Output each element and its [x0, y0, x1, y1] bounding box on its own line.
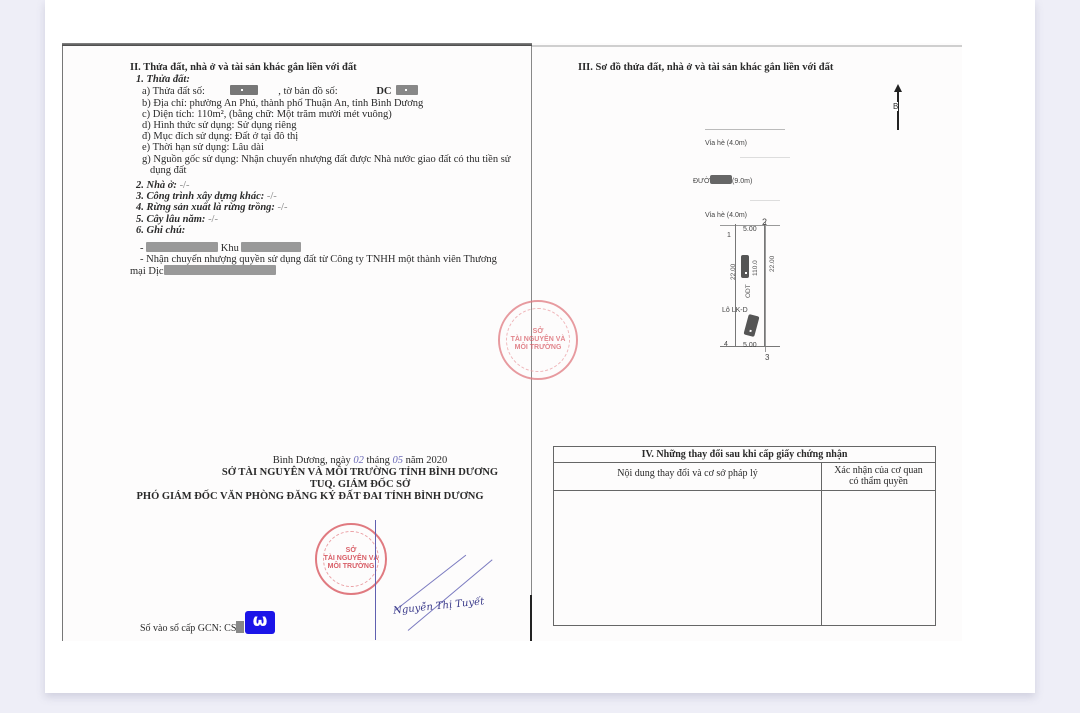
parcel-area: 110.0 — [752, 260, 759, 276]
redacted-note-1 — [146, 242, 218, 252]
usage-origin-row: g) Nguồn gốc sử dụng: Nhận chuyển nhượng… — [130, 154, 510, 165]
usage-purpose-row: đ) Mục đích sử dụng: Đất ở tại đô thị — [130, 131, 510, 142]
parcel-dimension-line — [765, 222, 766, 352]
red-seal-stamp-center: SỞ TÀI NGUYÊN VÀ MÔI TRƯỜNG — [498, 300, 578, 380]
subsection-notes: 6. Ghi chú: — [130, 225, 510, 236]
area-row: c) Diện tích: 110m², (bằng chữ: Một trăm… — [130, 109, 510, 120]
gcn-register-number: Số vào sổ cấp GCN: CS — [140, 621, 244, 634]
section-title: II. Thửa đất, nhà ở và tài sản khác gắn … — [130, 62, 510, 73]
sidewalk-label-plot: Vỉa hè (4.0m) — [705, 212, 747, 219]
issue-date: Bình Dương, ngày 02 tháng 05 năm 2020 — [150, 455, 570, 467]
land-parcel-section: II. Thửa đất, nhà ở và tài sản khác gắn … — [130, 62, 510, 278]
on-behalf: TUQ. GIÁM ĐỐC SỞ — [150, 479, 570, 491]
note-line-2: - Nhận chuyển nhượng quyền sử dụng đất t… — [140, 254, 510, 265]
usage-term-row: e) Thời hạn sử dụng: Lâu dài — [130, 142, 510, 153]
page-top-edge — [62, 43, 532, 46]
changes-table: IV. Những thay đổi sau khi cấp giấy chứn… — [553, 446, 936, 626]
signature-block: Bình Dương, ngày 02 tháng 05 năm 2020 SỞ… — [150, 455, 570, 503]
redacted-plot-id — [741, 255, 749, 278]
changes-table-header: Nội dung thay đổi và cơ sở pháp lý Xác n… — [554, 463, 935, 491]
length-right: 22.00 — [769, 256, 776, 272]
road-label: ĐƯỜ(9.0m) — [693, 175, 752, 185]
land-code: ODT — [745, 284, 752, 298]
subsection-other-works: 3. Công trình xây dựng khác: -/- — [130, 191, 510, 202]
subsection-parcel: 1. Thửa đất: — [130, 74, 510, 85]
width-top: 5.00 — [743, 226, 757, 233]
page-fold-shadow — [530, 595, 532, 641]
red-seal-stamp: SỞ TÀI NGUYÊN VÀ MÔI TRƯỜNG — [315, 523, 387, 595]
subsection-perennial: 5. Cây lâu năm: -/- — [130, 214, 510, 225]
watermark-logo-icon[interactable]: ω — [245, 611, 275, 634]
column-change-content: Nội dung thay đổi và cơ sở pháp lý — [554, 463, 822, 490]
map-line — [705, 129, 785, 130]
page-top-edge-right — [532, 45, 962, 47]
usage-form-row: d) Hình thức sử dụng: Sử dụng riêng — [130, 120, 510, 131]
subsection-house: 2. Nhà ở: -/- — [130, 180, 510, 191]
north-arrow-icon: B — [895, 84, 901, 130]
width-bottom: 5.00 — [743, 342, 757, 349]
redacted-road-name — [710, 175, 732, 184]
parcel-number-row: a) Thửa đất số: , tờ bản đồ số: DC — [130, 85, 510, 97]
map-line — [740, 157, 790, 158]
empty-cell — [822, 491, 935, 625]
column-authority-confirmation: Xác nhận của cơ quan có thẩm quyền — [822, 463, 935, 490]
redacted-company-name — [164, 265, 276, 275]
redacted-gcn — [236, 621, 244, 633]
subsection-forest: 4. Rừng sản xuất là rừng trồng: -/- — [130, 202, 510, 213]
issuing-org: SỞ TÀI NGUYÊN VÀ MÔI TRƯỜNG TỈNH BÌNH DƯ… — [150, 467, 570, 479]
usage-origin-cont: dụng đất — [130, 165, 510, 176]
sidewalk-label-top: Vỉa hè (4.0m) — [705, 140, 747, 147]
redacted-note-2 — [241, 242, 301, 252]
pen-stroke — [375, 520, 376, 640]
lot-label: Lô LK-D — [722, 307, 748, 314]
length-left: 22.00 — [730, 264, 737, 280]
diagram-section-title: III. Sơ đồ thửa đất, nhà ở và tài sản kh… — [578, 62, 833, 73]
redacted-sheet-number — [396, 85, 418, 95]
page-left-edge — [62, 46, 63, 641]
notes-block: - Khu - Nhận chuyển nhượng quyền sử dụng… — [130, 242, 510, 278]
empty-cell — [554, 491, 822, 625]
map-line — [750, 200, 780, 201]
address-row: b) Địa chỉ: phường An Phú, thành phố Thu… — [130, 98, 510, 109]
note-line-1: - Khu — [140, 242, 510, 254]
signer-title: PHÓ GIÁM ĐỐC VĂN PHÒNG ĐĂNG KÝ ĐẤT ĐAI T… — [50, 491, 570, 503]
changes-table-title: IV. Những thay đổi sau khi cấp giấy chứn… — [554, 447, 935, 463]
note-line-3: mại Dịc — [130, 265, 510, 277]
redacted-parcel-number — [230, 85, 258, 95]
changes-table-body — [554, 491, 935, 625]
